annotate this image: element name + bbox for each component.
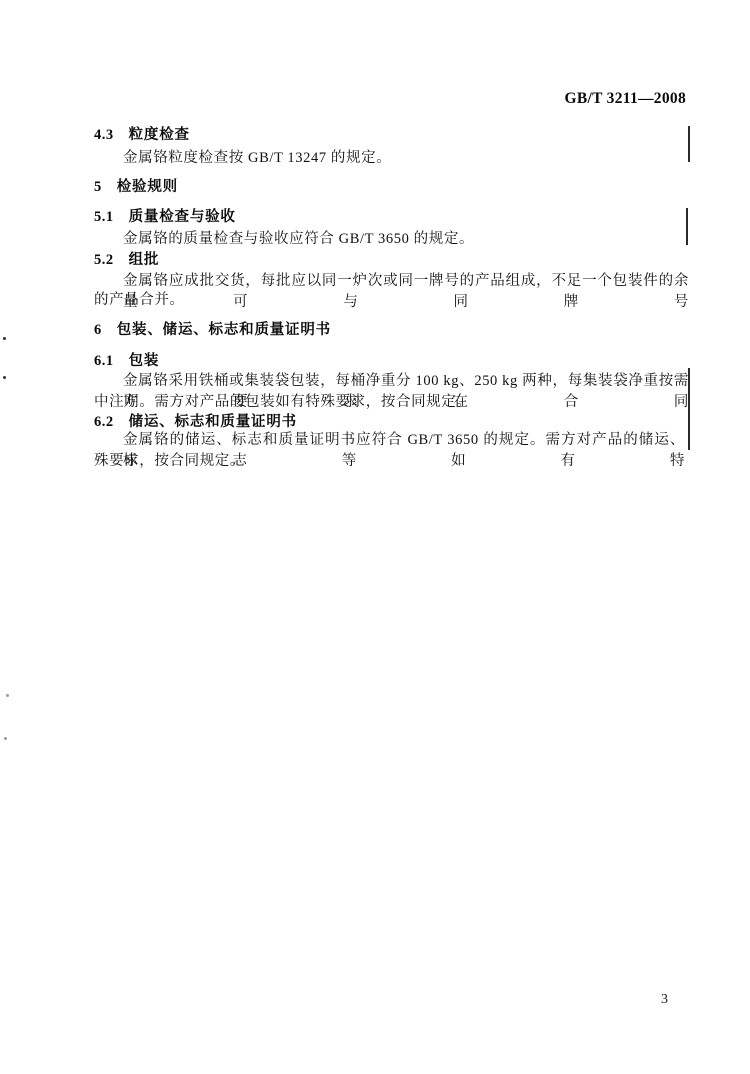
section-heading-6: 6包装、储运、标志和质量证明书 [94,318,331,339]
scan-speck [4,737,7,740]
section-title: 粒度检查 [129,127,190,143]
section-number: 5 [94,179,102,196]
section-number: 6.1 [94,353,114,370]
revision-change-bar [688,368,690,450]
section-number: 6.2 [94,414,114,431]
section-title: 包装、储运、标志和质量证明书 [117,322,331,338]
scan-speck [3,337,6,340]
revision-change-bar [688,126,690,162]
section-title: 包装 [129,353,160,369]
section-number: 5.2 [94,252,114,269]
section-heading-6-1: 6.1包装 [94,349,159,370]
section-heading-5-2: 5.2组批 [94,248,159,269]
document-page: GB/T 3211—2008 4.3粒度检查 金属铬粒度检查按 GB/T 132… [0,0,750,1074]
section-title: 组批 [129,252,160,268]
paragraph-line: 殊要求，按合同规定。 [94,449,245,470]
standard-code: GB/T 3211—2008 [565,90,686,108]
section-title: 检验规则 [117,179,178,195]
scan-speck [6,694,9,697]
paragraph-line: 金属铬的质量检查与验收应符合 GB/T 3650 的规定。 [123,227,474,248]
paragraph-line: 金属铬应成批交货，每批应以同一炉次或同一牌号的产品组成，不足一个包装件的余量可与… [123,269,689,311]
paragraph-line: 金属铬粒度检查按 GB/T 13247 的规定。 [123,146,391,167]
section-number: 4.3 [94,127,114,144]
paragraph-line: 中注明。需方对产品的包装如有特殊要求，按合同规定。 [94,390,472,411]
paragraph-line: 的产品合并。 [94,288,185,309]
revision-change-bar [686,208,688,245]
section-number: 6 [94,322,102,339]
section-heading-4-3: 4.3粒度检查 [94,123,190,144]
section-heading-5-1: 5.1质量检查与验收 [94,205,236,226]
section-heading-5: 5检验规则 [94,175,178,196]
section-title: 质量检查与验收 [129,209,236,225]
page-number: 3 [661,992,668,1008]
scan-speck [3,376,6,379]
section-number: 5.1 [94,209,114,226]
